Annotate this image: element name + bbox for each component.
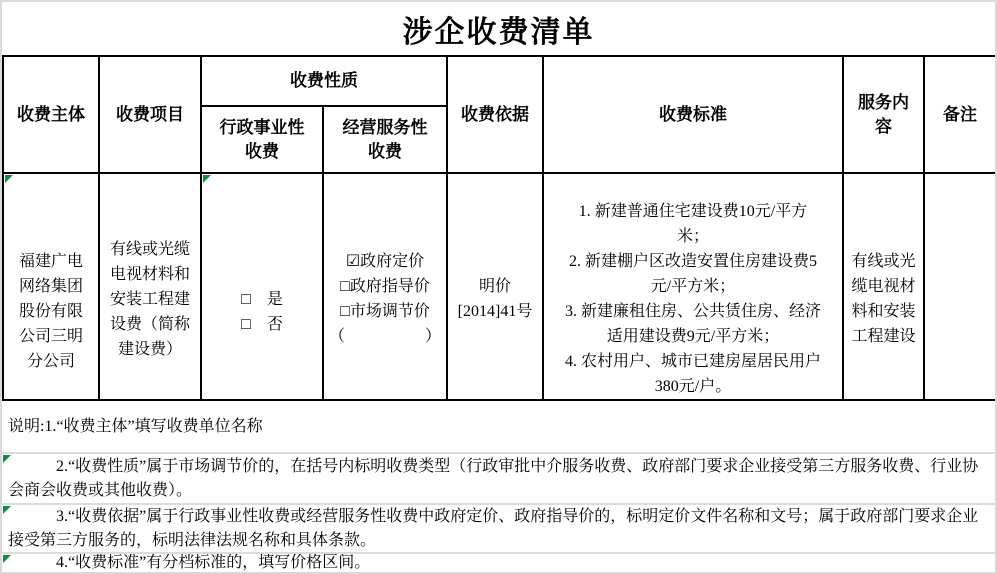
service-content-text: 有线或光 缆电视材 料和安装 工程建设 xyxy=(851,253,915,345)
header-fee-item: 收费项目 xyxy=(99,56,201,173)
page-title: 涉企收费清单 xyxy=(2,2,995,55)
header-service-content: 服务内 容 xyxy=(843,56,924,173)
note-text-3: 3.“收费依据”属于行政事业性收费或经营服务性收费中政府定价、政府指导价的，标明… xyxy=(2,505,995,553)
note-text-1: 说明:1.“收费主体”填写收费单位名称 xyxy=(2,415,995,439)
cell-fee-subject: 福建广电 网络集团 股份有限 公司三明 分公司 xyxy=(3,173,99,400)
business-fee-checkboxes[interactable]: ☑政府定价 □政府指导价 □市场调节价 （ ） xyxy=(329,253,441,345)
header-fee-subject: 收费主体 xyxy=(3,56,99,173)
cell-remark xyxy=(924,173,996,400)
cell-service-content: 有线或光 缆电视材 料和安装 工程建设 xyxy=(843,173,924,400)
cell-fee-item: 有线或光缆 电视材料和 安装工程建 设费（简称 建设费） xyxy=(99,173,201,400)
note-row-1: 说明:1.“收费主体”填写收费单位名称 xyxy=(2,401,995,452)
cell-business-fee-options: ☑政府定价 □政府指导价 □市场调节价 （ ） xyxy=(323,173,447,400)
cell-admin-fee-options: □ 是 □ 否 xyxy=(201,173,323,400)
header-fee-nature: 收费性质 xyxy=(201,56,447,106)
header-business-fee: 经营服务性 收费 xyxy=(323,106,447,173)
fee-basis-text: 明价 [2014]41号 xyxy=(458,278,533,320)
note-row-3: 3.“收费依据”属于行政事业性收费或经营服务性收费中政府定价、政府指导价的，标明… xyxy=(2,503,995,552)
excel-error-indicator-subject xyxy=(5,175,13,183)
note-row-4: 4.“收费标准”有分档标准的，填写价格区间。 xyxy=(2,552,995,572)
header-fee-basis: 收费依据 xyxy=(447,56,543,173)
cell-fee-basis: 明价 [2014]41号 xyxy=(447,173,543,400)
admin-fee-checkboxes[interactable]: □ 是 □ 否 xyxy=(241,291,283,333)
excel-error-indicator-note-4 xyxy=(3,555,11,563)
fee-table: 收费主体 收费项目 收费性质 收费依据 收费标准 服务内 容 备注 行政事业性 … xyxy=(2,55,997,401)
excel-error-indicator-note-3 xyxy=(3,506,11,514)
header-admin-fee: 行政事业性 收费 xyxy=(201,106,323,173)
cell-fee-standard: 1. 新建普通住宅建设费10元/平方 米； 2. 新建棚户区改造安置住房建设费5… xyxy=(543,173,843,400)
spreadsheet-page: 涉企收费清单 收费主体 收费项目 收费性质 收费依据 收费标准 服务内 容 备注… xyxy=(0,0,997,574)
fee-subject-text: 福建广电 网络集团 股份有限 公司三明 分公司 xyxy=(19,253,83,370)
note-row-2: 2.“收费性质”属于市场调节价的，在括号内标明收费类型（行政审批中介服务收费、政… xyxy=(2,452,995,503)
header-fee-standard: 收费标准 xyxy=(543,56,843,173)
fee-standard-text: 1. 新建普通住宅建设费10元/平方 米； 2. 新建棚户区改造安置住房建设费5… xyxy=(565,203,821,395)
excel-error-indicator-admin xyxy=(203,175,211,183)
notes-section: 说明:1.“收费主体”填写收费单位名称 2.“收费性质”属于市场调节价的，在括号… xyxy=(2,401,995,572)
note-text-4: 4.“收费标准”有分档标准的，填写价格区间。 xyxy=(2,552,995,572)
note-text-2: 2.“收费性质”属于市场调节价的，在括号内标明收费类型（行政审批中介服务收费、政… xyxy=(2,455,995,503)
excel-error-indicator-note-2 xyxy=(3,455,11,463)
fee-item-text: 有线或光缆 电视材料和 安装工程建 设费（简称 建设费） xyxy=(110,241,190,358)
header-remark: 备注 xyxy=(924,56,996,173)
